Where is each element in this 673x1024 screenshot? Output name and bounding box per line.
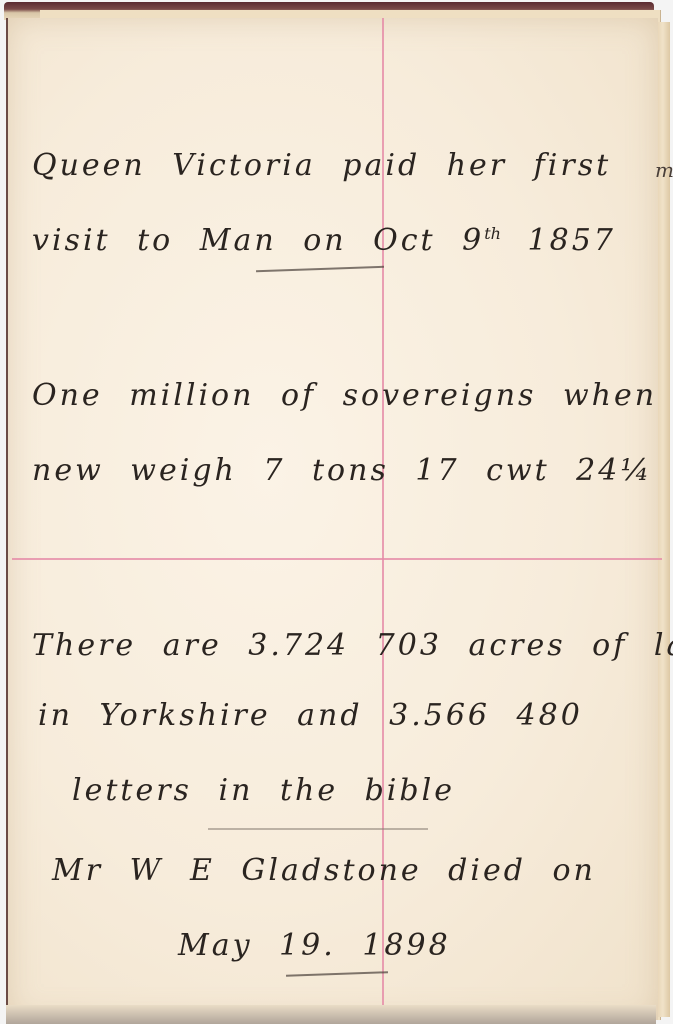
adjacent-page-letter: m: [655, 158, 673, 182]
entry-4-line-2: May 19. 1898: [178, 928, 451, 963]
notebook-page: Queen Victoria paid her first visit to M…: [6, 18, 658, 1020]
entry-2-line-1: One million of sovereigns when: [32, 378, 657, 413]
horizontal-ruling-line: [12, 558, 662, 560]
page-bottom-edge: [6, 1005, 656, 1024]
underline-stroke: [286, 971, 388, 977]
faint-pencil-stroke: [208, 828, 428, 830]
entry-4-line-1: Mr W E Gladstone died on: [52, 853, 596, 888]
entry-1-line-2-text: visit to Man on Oct 9: [32, 223, 484, 258]
underline-stroke: [256, 266, 384, 272]
entry-3-line-3: letters in the bible: [72, 773, 455, 808]
entry-1-line-1: Queen Victoria paid her first: [32, 148, 611, 183]
ordinal-superscript: th: [484, 224, 501, 243]
entry-3-line-1: There are 3.724 703 acres of land: [32, 628, 673, 663]
entry-1-year: 1857: [528, 223, 616, 258]
entry-2-line-2: new weigh 7 tons 17 cwt 24¼ lb: [32, 453, 673, 488]
entry-3-line-2: in Yorkshire and 3.566 480: [38, 698, 583, 733]
entry-1-line-2: visit to Man on Oct 9th 1857: [32, 223, 616, 258]
